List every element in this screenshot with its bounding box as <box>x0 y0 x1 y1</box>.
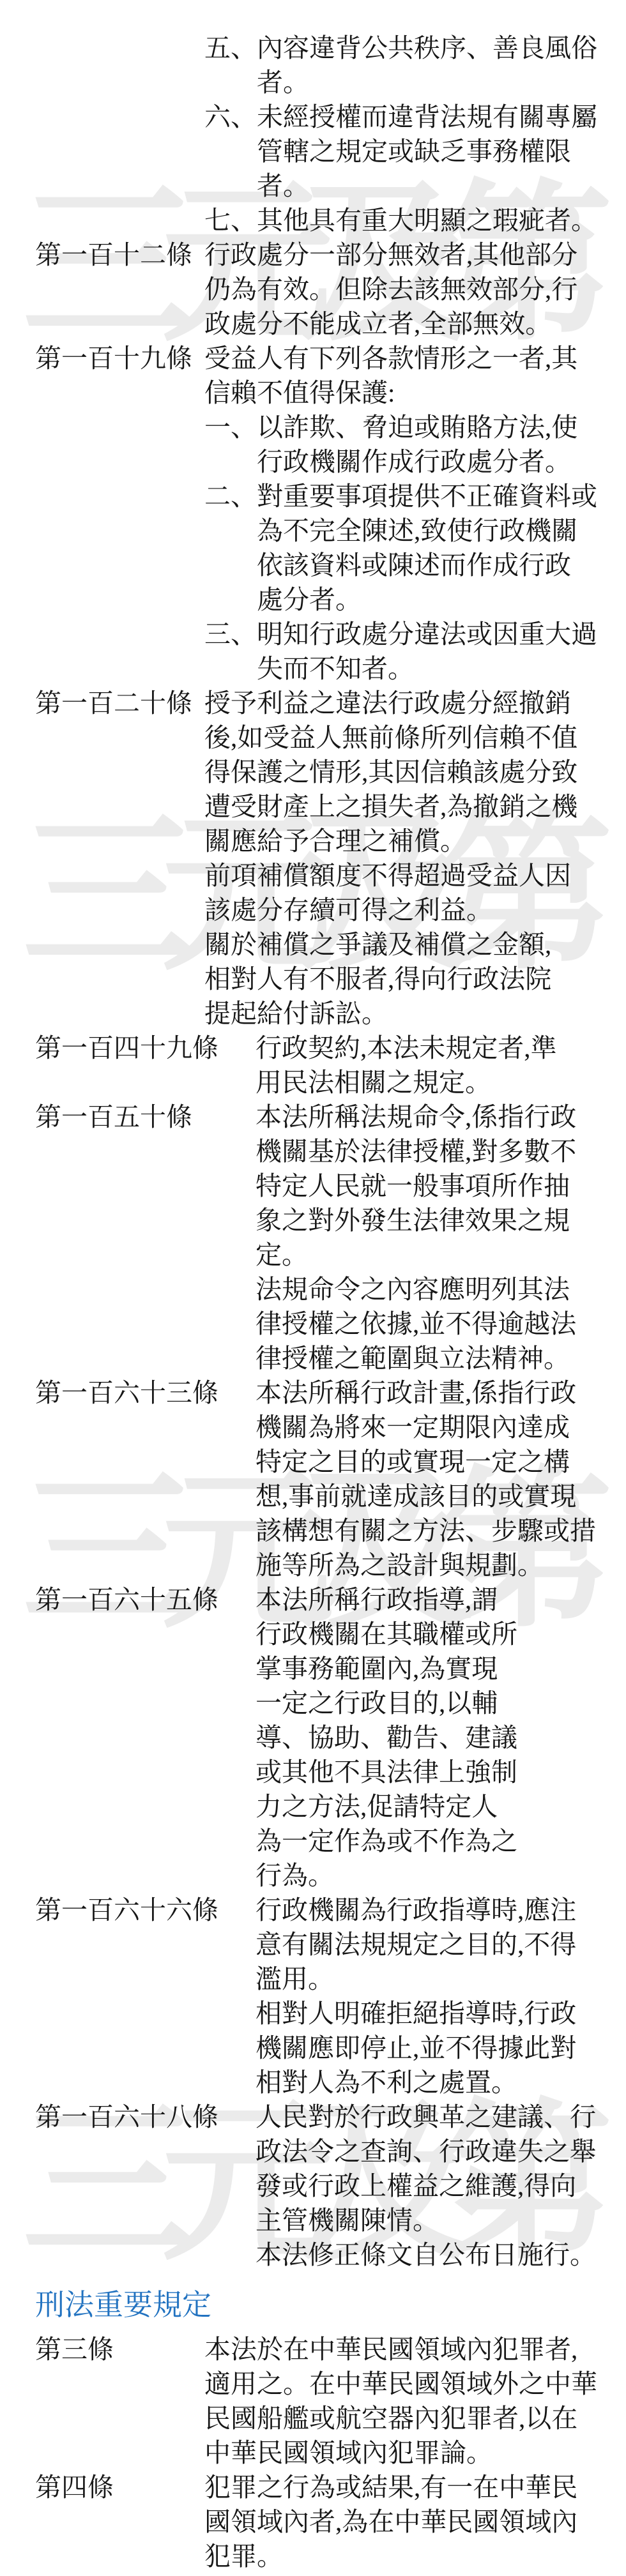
article-section: 第一百十九條受益人有下列各款情形之一者,其信賴不值得保護:一、以詐欺、脅迫或賄賂… <box>0 341 626 686</box>
article-text-line: 民國船艦或航空器內犯罪者,以在 <box>204 2401 626 2436</box>
article-text-line: 行政機關作成行政處分者。 <box>204 444 626 479</box>
article-text-line: 受益人有下列各款情形之一者,其 <box>204 341 626 375</box>
article-number: 第四條 <box>35 2470 114 2504</box>
criminal-articles-list: 第三條本法於在中華民國領域內犯罪者,適用之。在中華民國領域外之中華民國船艦或航空… <box>0 2332 626 2573</box>
article-number: 第一百六十三條 <box>35 1375 218 1410</box>
article-text-line: 掌事務範圍內,為實現 <box>256 1651 626 1686</box>
document-content: 五、內容違背公共秩序、善良風俗者。六、未經授權而違背法規有關專屬管轄之規定或缺乏… <box>0 0 626 2576</box>
article-text-line: 失而不知者。 <box>204 651 626 686</box>
article-text-line: 關於補償之爭議及補償之金額, <box>204 927 626 962</box>
article-text-line: 發或行政上權益之維護,得向 <box>256 2169 626 2203</box>
article-text-line: 本法所稱法規命令,係指行政 <box>256 1100 626 1134</box>
article-text-line: 導、協助、勸告、建議 <box>256 1720 626 1755</box>
article-text: 本法於在中華民國領域內犯罪者,適用之。在中華民國領域外之中華民國船艦或航空器內犯… <box>204 2332 626 2470</box>
article-text-line: 關應給予合理之補償。 <box>204 824 626 858</box>
article-number: 第一百四十九條 <box>35 1031 218 1065</box>
article-number: 第一百六十五條 <box>35 1582 218 1617</box>
article-text-line: 特定人民就一般事項所作抽 <box>256 1169 626 1203</box>
article-section: 第一百六十八條人民對於行政興革之建議、行政法令之查詢、行政違失之舉發或行政上權益… <box>0 2100 626 2272</box>
document-page: 三元及第 三元及第 三元及第 三元及第 五、內容違背公共秩序、善良風俗者。六、未… <box>0 0 626 2576</box>
article-number: 第一百二十條 <box>35 686 192 720</box>
article-text-line: 或其他不具法律上強制 <box>256 1755 626 1789</box>
article-text-line: 定。 <box>256 1238 626 1272</box>
article-text-line: 力之方法,促請特定人 <box>256 1789 626 1824</box>
article-number: 第一百十九條 <box>35 341 192 375</box>
article-text-line: 者。 <box>204 169 626 203</box>
article-text-line: 本法所稱行政指導,謂 <box>256 1582 626 1617</box>
article-text-line: 政處分不能成立者,全部無效。 <box>204 307 626 341</box>
article-number: 第一百六十八條 <box>35 2100 218 2134</box>
article-text-line: 法規命令之內容應明列其法 <box>256 1272 626 1307</box>
article-text-line: 三、明知行政處分違法或因重大過 <box>204 617 626 651</box>
article-text-line: 行政機關在其職權或所 <box>256 1617 626 1651</box>
article-text-line: 律授權之範圍與立法精神。 <box>256 1341 626 1375</box>
article-text-line: 五、內容違背公共秩序、善良風俗 <box>204 31 626 65</box>
article-text-line: 想,事前就達成該目的或實現 <box>256 1479 626 1513</box>
article-text: 行政契約,本法未規定者,準用民法相關之規定。 <box>256 1031 626 1100</box>
article-text: 五、內容違背公共秩序、善良風俗者。六、未經授權而違背法規有關專屬管轄之規定或缺乏… <box>204 31 626 238</box>
article-text-line: 後,如受益人無前條所列信賴不值 <box>204 720 626 755</box>
article-text-line: 國領域內者,為在中華民國領域內 <box>204 2504 626 2539</box>
article-section: 第四條犯罪之行為或結果,有一在中華民國領域內者,為在中華民國領域內犯罪。 <box>0 2470 626 2573</box>
administrative-articles-list: 五、內容違背公共秩序、善良風俗者。六、未經授權而違背法規有關專屬管轄之規定或缺乏… <box>0 31 626 2272</box>
article-text: 本法所稱法規命令,係指行政機關基於法律授權,對多數不特定人民就一般事項所作抽象之… <box>256 1100 626 1375</box>
article-text-line: 授予利益之違法行政處分經撤銷 <box>204 686 626 720</box>
article-text-line: 一、以詐欺、脅迫或賄賂方法,使 <box>204 410 626 444</box>
article-text: 行政機關為行政指導時,應注意有關法規規定之目的,不得濫用。相對人明確拒絕指導時,… <box>256 1893 626 2100</box>
article-number: 第一百六十六條 <box>35 1893 218 1927</box>
article-section: 第一百六十三條本法所稱行政計畫,係指行政機關為將來一定期限內達成特定之目的或實現… <box>0 1375 626 1582</box>
article-text-line: 處分者。 <box>204 582 626 617</box>
article-section: 第三條本法於在中華民國領域內犯罪者,適用之。在中華民國領域外之中華民國船艦或航空… <box>0 2332 626 2470</box>
article-text: 犯罪之行為或結果,有一在中華民國領域內者,為在中華民國領域內犯罪。 <box>204 2470 626 2573</box>
article-text-line: 該處分存續可得之利益。 <box>204 893 626 927</box>
article-text-line: 機關基於法律授權,對多數不 <box>256 1134 626 1169</box>
article-text-line: 相對人為不利之處置。 <box>256 2065 626 2100</box>
article-text-line: 機關應即停止,並不得據此對 <box>256 2031 626 2065</box>
article-text-line: 行政契約,本法未規定者,準 <box>256 1031 626 1065</box>
article-section: 第一百十二條行政處分一部分無效者,其他部分仍為有效。但除去該無效部分,行政處分不… <box>0 238 626 341</box>
article-text-line: 六、未經授權而違背法規有關專屬 <box>204 100 626 134</box>
article-text-line: 為一定作為或不作為之 <box>256 1824 626 1858</box>
article-text-line: 本法修正條文自公布日施行。 <box>256 2238 626 2272</box>
article-text-line: 一定之行政目的,以輔 <box>256 1686 626 1720</box>
article-text-line: 行政處分一部分無效者,其他部分 <box>204 238 626 272</box>
article-text-line: 為不完全陳述,致使行政機關 <box>204 513 626 548</box>
article-section: 五、內容違背公共秩序、善良風俗者。六、未經授權而違背法規有關專屬管轄之規定或缺乏… <box>0 31 626 238</box>
article-text: 行政處分一部分無效者,其他部分仍為有效。但除去該無效部分,行政處分不能成立者,全… <box>204 238 626 341</box>
article-text-line: 本法於在中華民國領域內犯罪者, <box>204 2332 626 2367</box>
article-text: 受益人有下列各款情形之一者,其信賴不值得保護:一、以詐欺、脅迫或賄賂方法,使行政… <box>204 341 626 686</box>
article-text-line: 用民法相關之規定。 <box>256 1065 626 1100</box>
article-text: 本法所稱行政計畫,係指行政機關為將來一定期限內達成特定之目的或實現一定之構想,事… <box>256 1375 626 1582</box>
article-section: 第一百四十九條行政契約,本法未規定者,準用民法相關之規定。 <box>0 1031 626 1100</box>
article-text: 人民對於行政興革之建議、行政法令之查詢、行政違失之舉發或行政上權益之維護,得向主… <box>256 2100 626 2272</box>
article-section: 第一百六十六條行政機關為行政指導時,應注意有關法規規定之目的,不得濫用。相對人明… <box>0 1893 626 2100</box>
article-text-line: 機關為將來一定期限內達成 <box>256 1410 626 1444</box>
article-text-line: 行政機關為行政指導時,應注 <box>256 1893 626 1927</box>
article-text-line: 意有關法規規定之目的,不得 <box>256 1927 626 1962</box>
article-text: 授予利益之違法行政處分經撤銷後,如受益人無前條所列信賴不值得保護之情形,其因信賴… <box>204 686 626 1031</box>
article-text-line: 主管機關陳情。 <box>256 2203 626 2238</box>
article-text-line: 者。 <box>204 65 626 100</box>
article-number: 第三條 <box>35 2332 114 2367</box>
article-text-line: 二、對重要事項提供不正確資料或 <box>204 479 626 513</box>
article-text-line: 該構想有關之方法、步驟或措 <box>256 1513 626 1548</box>
article-text-line: 施等所為之設計與規劃。 <box>256 1548 626 1582</box>
article-text-line: 犯罪。 <box>204 2539 626 2573</box>
article-text-line: 象之對外發生法律效果之規 <box>256 1203 626 1238</box>
article-text-line: 律授權之依據,並不得逾越法 <box>256 1307 626 1341</box>
article-text-line: 管轄之規定或缺乏事務權限 <box>204 134 626 169</box>
article-text: 本法所稱行政指導,謂行政機關在其職權或所掌事務範圍內,為實現一定之行政目的,以輔… <box>256 1582 626 1893</box>
article-text-line: 相對人明確拒絕指導時,行政 <box>256 1996 626 2031</box>
article-section: 第一百六十五條本法所稱行政指導,謂行政機關在其職權或所掌事務範圍內,為實現一定之… <box>0 1582 626 1893</box>
article-text-line: 七、其他具有重大明顯之瑕疵者。 <box>204 203 626 238</box>
article-text-line: 適用之。在中華民國領域外之中華 <box>204 2367 626 2401</box>
article-text-line: 提起給付訴訟。 <box>204 996 626 1031</box>
article-section: 第一百五十條本法所稱法規命令,係指行政機關基於法律授權,對多數不特定人民就一般事… <box>0 1100 626 1375</box>
article-text-line: 信賴不值得保護: <box>204 375 626 410</box>
article-text-line: 特定之目的或實現一定之構 <box>256 1444 626 1479</box>
article-text-line: 得保護之情形,其因信賴該處分致 <box>204 755 626 789</box>
article-text-line: 濫用。 <box>256 1962 626 1996</box>
article-number: 第一百十二條 <box>35 238 192 272</box>
article-text-line: 本法所稱行政計畫,係指行政 <box>256 1375 626 1410</box>
article-number: 第一百五十條 <box>35 1100 192 1134</box>
article-section: 第一百二十條授予利益之違法行政處分經撤銷後,如受益人無前條所列信賴不值得保護之情… <box>0 686 626 1031</box>
criminal-law-heading: 刑法重要規定 <box>35 2286 626 2324</box>
article-text-line: 遭受財產上之損失者,為撤銷之機 <box>204 789 626 824</box>
article-text-line: 行為。 <box>256 1858 626 1893</box>
article-text-line: 政法令之查詢、行政違失之舉 <box>256 2134 626 2169</box>
article-text-line: 前項補償額度不得超過受益人因 <box>204 858 626 893</box>
article-text-line: 依該資料或陳述而作成行政 <box>204 548 626 582</box>
article-text-line: 犯罪之行為或結果,有一在中華民 <box>204 2470 626 2504</box>
article-text-line: 人民對於行政興革之建議、行 <box>256 2100 626 2134</box>
article-text-line: 相對人有不服者,得向行政法院 <box>204 962 626 996</box>
article-text-line: 中華民國領域內犯罪論。 <box>204 2436 626 2470</box>
article-text-line: 仍為有效。但除去該無效部分,行 <box>204 272 626 307</box>
